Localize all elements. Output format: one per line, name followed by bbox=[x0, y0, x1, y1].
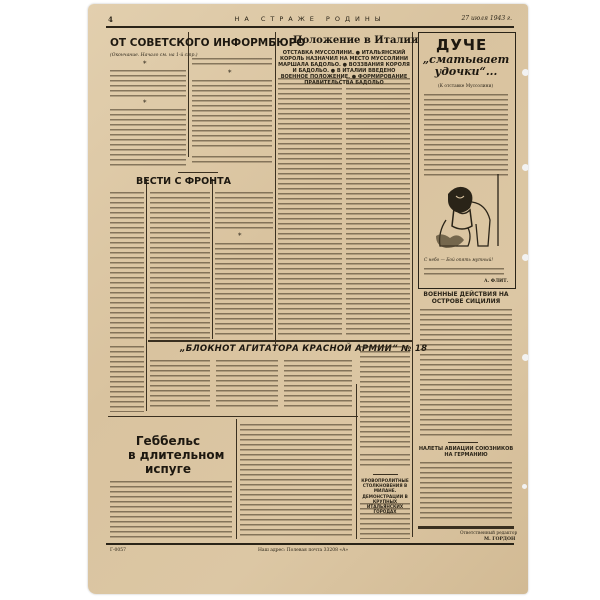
goebbels-headline: Геббельс в длительном испуге bbox=[128, 434, 208, 476]
poem-text bbox=[424, 266, 504, 277]
column-divider bbox=[146, 179, 147, 411]
article-text bbox=[360, 452, 410, 468]
article-text bbox=[150, 358, 210, 410]
field-post-address: Наш адрес: Полевая почта 33208 «А» bbox=[258, 548, 348, 553]
cartoon-signature: А. ФЛИТ. bbox=[484, 279, 508, 284]
article-text bbox=[110, 107, 186, 167]
article-text bbox=[150, 190, 210, 340]
column-divider bbox=[412, 32, 413, 537]
article-text bbox=[360, 344, 410, 449]
article-text bbox=[110, 190, 144, 340]
star-separator: * bbox=[228, 69, 232, 77]
italy-headline: Положение в Италии bbox=[293, 35, 418, 46]
ornament-rule bbox=[373, 474, 398, 475]
article-text bbox=[284, 358, 352, 410]
article-text bbox=[110, 479, 232, 539]
article-text bbox=[215, 241, 273, 336]
article-text bbox=[216, 358, 278, 410]
front-news-headline: ВЕСТИ С ФРОНТА bbox=[136, 176, 231, 187]
article-text bbox=[278, 76, 342, 338]
cartoon-caption: С небо — Бой опять мутный! bbox=[424, 258, 493, 263]
section-rule bbox=[148, 340, 412, 342]
ornament-rule bbox=[178, 172, 218, 173]
punch-hole bbox=[522, 484, 527, 489]
issue-date: 27 июля 1943 г. bbox=[461, 15, 512, 22]
article-text bbox=[360, 501, 410, 539]
star-separator: * bbox=[143, 60, 147, 68]
article-text bbox=[192, 78, 272, 150]
column-divider bbox=[356, 384, 357, 539]
print-code: Г-0057 bbox=[110, 548, 126, 553]
article-text bbox=[240, 422, 352, 539]
article-text bbox=[192, 56, 272, 68]
column-divider bbox=[275, 32, 276, 344]
caricature-illustration bbox=[428, 174, 508, 254]
article-text bbox=[215, 190, 273, 230]
poem-text bbox=[424, 92, 508, 176]
column-divider bbox=[236, 419, 237, 539]
bottom-rule bbox=[106, 543, 514, 545]
article-text bbox=[346, 76, 410, 338]
cartoon-title: ДУЧЕ bbox=[436, 36, 487, 54]
column-divider bbox=[212, 179, 213, 339]
article-text bbox=[192, 154, 272, 166]
punch-hole bbox=[522, 69, 528, 76]
article-text bbox=[420, 460, 512, 522]
newspaper-title: НА СТРАЖЕ РОДИНЫ bbox=[106, 15, 514, 23]
newspaper-page: 4 НА СТРАЖЕ РОДИНЫ 27 июля 1943 г. ОТ СО… bbox=[88, 4, 528, 594]
star-separator: * bbox=[143, 99, 147, 107]
punch-hole bbox=[522, 254, 528, 261]
section-rule bbox=[418, 526, 514, 529]
star-separator: * bbox=[238, 232, 242, 240]
masthead: 4 НА СТРАЖЕ РОДИНЫ 27 июля 1943 г. bbox=[106, 12, 514, 28]
sovinformburo-headline: ОТ СОВЕТСКОГО ИНФОРМБЮРО bbox=[110, 37, 305, 49]
article-text bbox=[110, 68, 186, 98]
punch-hole bbox=[522, 354, 528, 361]
sovinformburo-subtitle: (Окончание. Начало см. на 1-й стр.) bbox=[110, 53, 198, 58]
ornament-rule bbox=[448, 442, 478, 443]
editor-label: Ответственный редактор bbox=[460, 531, 517, 536]
article-text bbox=[420, 307, 512, 437]
column-divider bbox=[188, 32, 189, 157]
sicily-headline: ВОЕННЫЕ ДЕЙСТВИЯ НА ОСТРОВЕ СИЦИЛИЯ bbox=[418, 291, 514, 305]
section-rule bbox=[108, 416, 358, 417]
article-text bbox=[110, 344, 144, 412]
cartoon-epigraph: (К отставке Муссолини) bbox=[438, 84, 493, 89]
punch-hole bbox=[522, 164, 528, 171]
air-raids-headline: НАЛЕТЫ АВИАЦИИ СОЮЗНИКОВ НА ГЕРМАНИЮ bbox=[418, 446, 514, 458]
editor-name: М. ГОРДОН bbox=[484, 537, 515, 542]
cartoon-subtitle: „сматывает удочки“... bbox=[422, 54, 510, 78]
